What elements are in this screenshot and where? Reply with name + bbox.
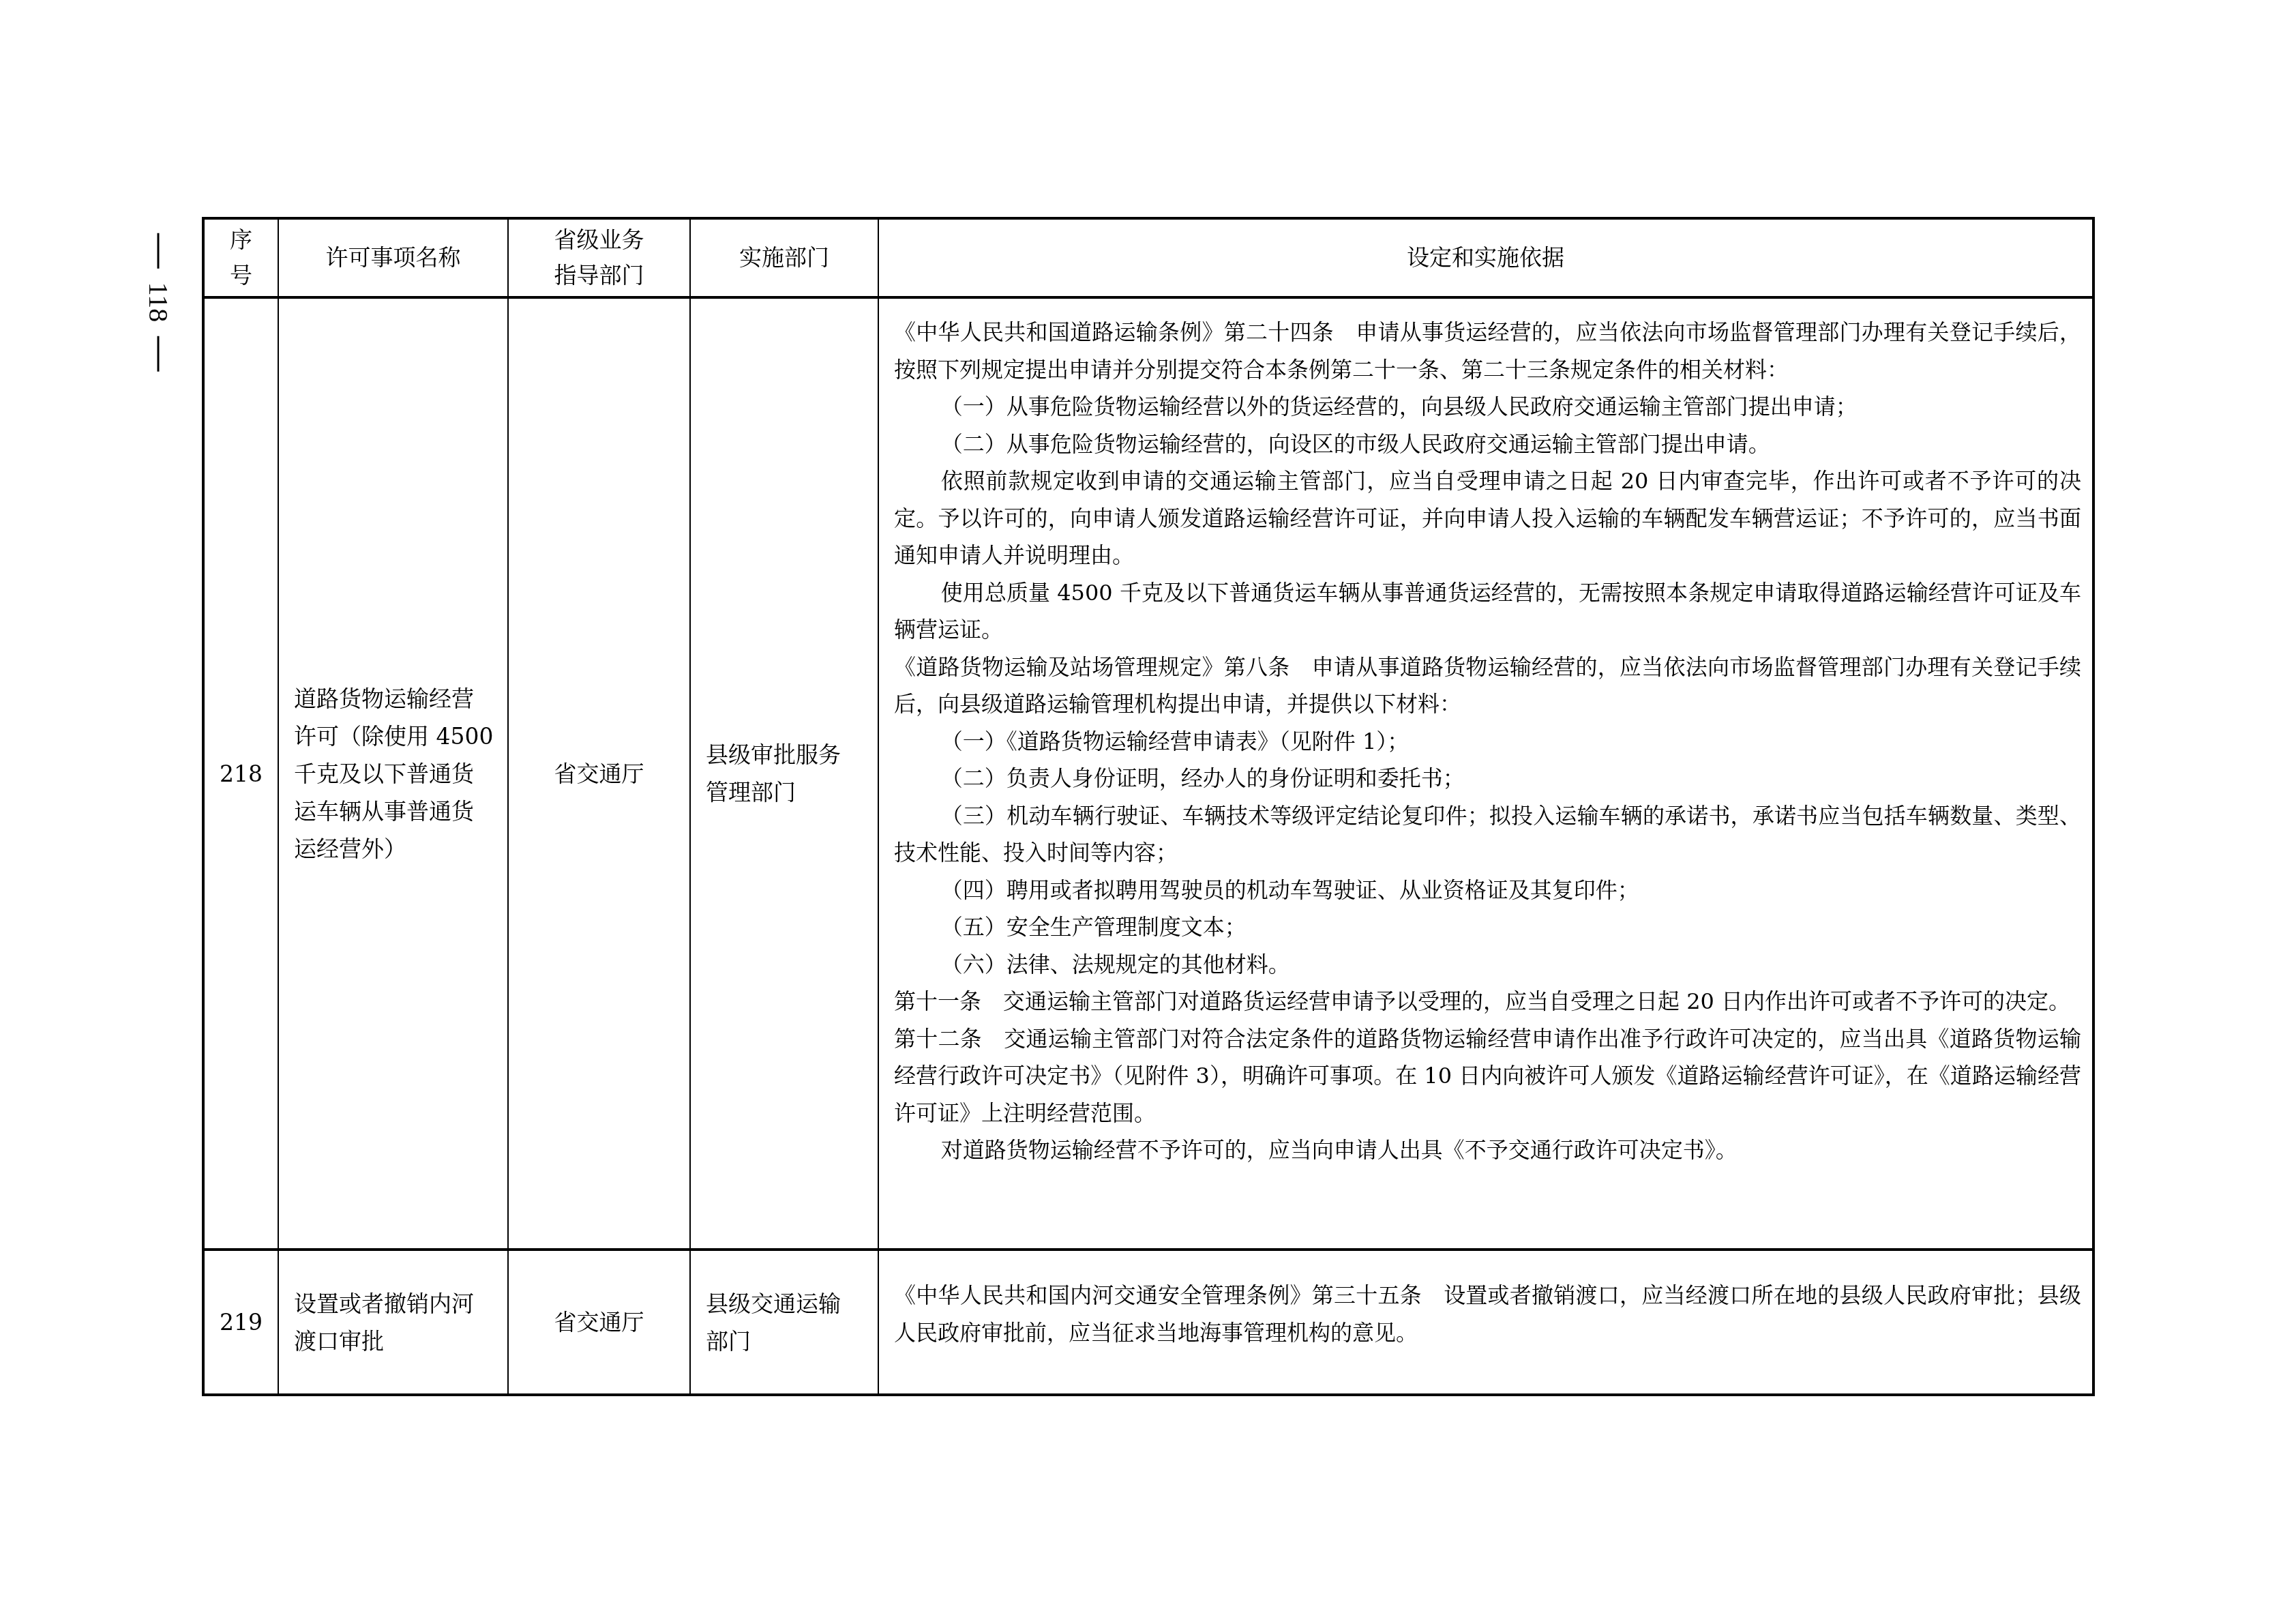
cell-implementing-dept: 县级审批服务 管理部门 [690,297,878,1250]
basis-paragraph: 《中华人民共和国内河交通安全管理条例》第三十五条 设置或者撤销渡口，应当经渡口所… [894,1277,2081,1351]
permit-name-line: 设置或者撤销内河 [294,1285,498,1323]
cell-provincial-dept: 省交通厅 [508,1250,690,1395]
basis-paragraph: （四）聘用或者拟聘用驾驶员的机动车驾驶证、从业资格证及其复印件； [894,872,2081,909]
header-seq: 序 号 [203,218,278,297]
impl-dept-line: 县级审批服务 [706,736,868,773]
impl-dept-line: 部门 [706,1323,868,1360]
header-seq-line1: 序 [205,222,278,258]
cell-implementing-dept: 县级交通运输 部门 [690,1250,878,1395]
basis-paragraph: （五）安全生产管理制度文本； [894,909,2081,946]
basis-paragraph: （二）从事危险货物运输经营的，向设区的市级人民政府交通运输主管部门提出申请。 [894,426,2081,463]
header-dept-line1: 省级业务 [509,222,689,258]
cell-permit-name: 设置或者撤销内河 渡口审批 [278,1250,508,1395]
cell-legal-basis: 《中华人民共和国内河交通安全管理条例》第三十五条 设置或者撤销渡口，应当经渡口所… [878,1250,2093,1395]
basis-paragraph: （一）《道路货物运输经营申请表》（见附件 1）； [894,723,2081,761]
basis-paragraph: 《中华人民共和国道路运输条例》第二十四条 申请从事货运经营的，应当依法向市场监督… [894,314,2081,388]
permit-items-table: 序 号 许可事项名称 省级业务 指导部门 实施部门 设定和实施依据 218 道路… [202,217,2095,1396]
impl-dept-line: 管理部门 [706,773,868,811]
basis-paragraph: 第十一条 交通运输主管部门对道路货运经营申请予以受理的，应当自受理之日起 20 … [894,983,2081,1020]
page-number-dash-right [158,336,160,371]
cell-permit-name: 道路货物运输经营 许可（除使用 4500 千克及以下普通货 运车辆从事普通货 运… [278,297,508,1250]
basis-paragraph: （六）法律、法规规定的其他材料。 [894,946,2081,984]
header-legal-basis: 设定和实施依据 [878,218,2093,297]
header-provincial-dept: 省级业务 指导部门 [508,218,690,297]
table-row: 218 道路货物运输经营 许可（除使用 4500 千克及以下普通货 运车辆从事普… [203,297,2093,1250]
page-number-dash-left [158,233,160,269]
page-number-value: 118 [143,282,175,323]
basis-paragraph: （一）从事危险货物运输经营以外的货运经营的，向县级人民政府交通运输主管部门提出申… [894,388,2081,426]
header-dept-line2: 指导部门 [509,258,689,293]
header-seq-line2: 号 [205,258,278,293]
permit-name-line: 运车辆从事普通货 [294,793,498,830]
table-header-row: 序 号 许可事项名称 省级业务 指导部门 实施部门 设定和实施依据 [203,218,2093,297]
permit-name-line: 渡口审批 [294,1323,498,1360]
header-permit-name: 许可事项名称 [278,218,508,297]
header-implementing-dept: 实施部门 [690,218,878,297]
permit-name-line: 千克及以下普通货 [294,755,498,793]
basis-paragraph: 依照前款规定收到申请的交通运输主管部门，应当自受理申请之日起 20 日内审查完毕… [894,462,2081,574]
permit-name-line: 许可（除使用 4500 [294,718,498,755]
basis-paragraph: （三）机动车辆行驶证、车辆技术等级评定结论复印件；拟投入运输车辆的承诺书，承诺书… [894,797,2081,872]
impl-dept-line: 县级交通运输 [706,1285,868,1323]
permit-name-line: 道路货物运输经营 [294,680,498,718]
basis-paragraph: 《道路货物运输及站场管理规定》第八条 申请从事道路货物运输经营的，应当依法向市场… [894,649,2081,723]
cell-legal-basis: 《中华人民共和国道路运输条例》第二十四条 申请从事货运经营的，应当依法向市场监督… [878,297,2093,1250]
basis-paragraph: （二）负责人身份证明，经办人的身份证明和委托书； [894,760,2081,797]
basis-paragraph: 第十二条 交通运输主管部门对符合法定条件的道路货物运输经营申请作出准予行政许可决… [894,1020,2081,1132]
cell-seq: 219 [203,1250,278,1395]
basis-paragraph: 使用总质量 4500 千克及以下普通货运车辆从事普通货运经营的，无需按照本条规定… [894,574,2081,649]
cell-provincial-dept: 省交通厅 [508,297,690,1250]
cell-seq: 218 [203,297,278,1250]
table-row: 219 设置或者撤销内河 渡口审批 省交通厅 县级交通运输 部门 《中华人民共和… [203,1250,2093,1395]
basis-paragraph: 对道路货物运输经营不予许可的，应当向申请人出具《不予交通行政许可决定书》。 [894,1132,2081,1169]
permit-name-line: 运经营外） [294,830,498,868]
